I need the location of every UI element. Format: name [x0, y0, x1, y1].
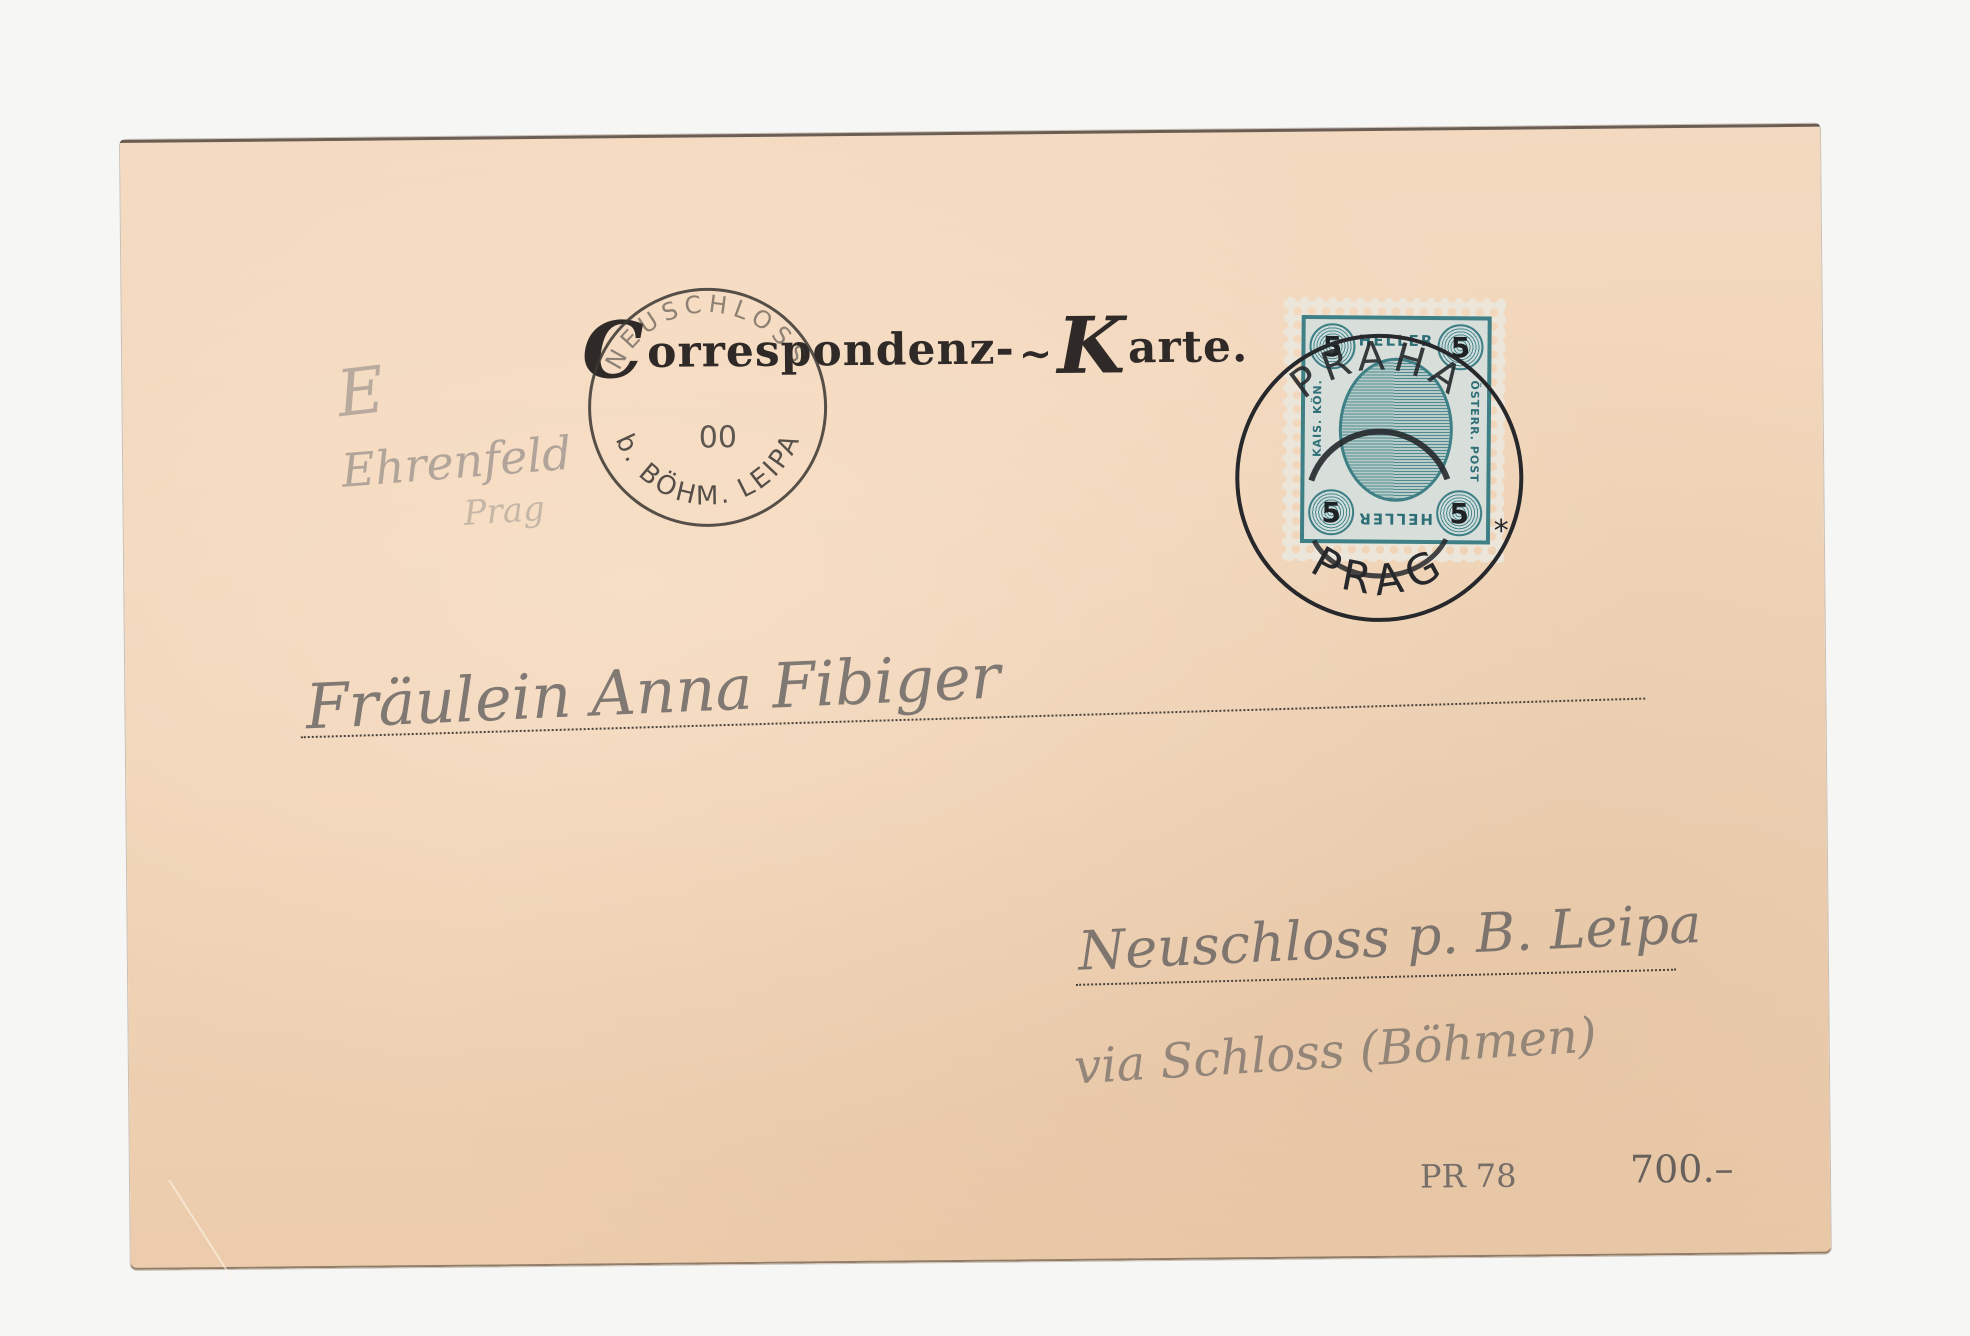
prag-postmark-top-text: PRAHA	[1281, 333, 1474, 409]
sender-handwriting-initial: E	[333, 353, 388, 432]
svg-text:PRAG: PRAG	[1303, 536, 1457, 607]
prag-postmark: PRAHA PRAG *	[1230, 329, 1529, 628]
sender-handwriting-name: Ehrenfeld	[339, 426, 573, 498]
prag-postmark-bottom-text: PRAG	[1303, 536, 1457, 607]
leipa-postmark-year: 00	[699, 420, 738, 455]
leipa-postmark: NEUSCHLOSS b. BÖHM. LEIPA 00	[581, 281, 833, 533]
dealer-price-note: 700.–	[1630, 1147, 1734, 1192]
dealer-reference-note: PR 78	[1420, 1157, 1517, 1196]
recipient-town: Neuschloss p. B. Leipa	[1077, 892, 1703, 983]
svg-text:PRAHA: PRAHA	[1281, 333, 1474, 409]
postcard: E Ehrenfeld Prag Correspondenz-~Karte. N…	[120, 124, 1831, 1270]
sender-handwriting-place: Prag	[462, 489, 545, 534]
prag-postmark-star: *	[1494, 514, 1509, 549]
title-flourish: ~	[1019, 330, 1054, 377]
svg-text:NEUSCHLOSS: NEUSCHLOSS	[599, 289, 815, 375]
recipient-region: via Schloss (Böhmen)	[1073, 1007, 1599, 1095]
scan-background: E Ehrenfeld Prag Correspondenz-~Karte. N…	[0, 0, 1970, 1336]
paper-crease	[168, 1180, 234, 1282]
leipa-postmark-top-text: NEUSCHLOSS	[599, 289, 815, 375]
recipient-name: Fräulein Anna Fibiger	[304, 639, 1002, 743]
title-initial-2: K	[1057, 300, 1127, 392]
